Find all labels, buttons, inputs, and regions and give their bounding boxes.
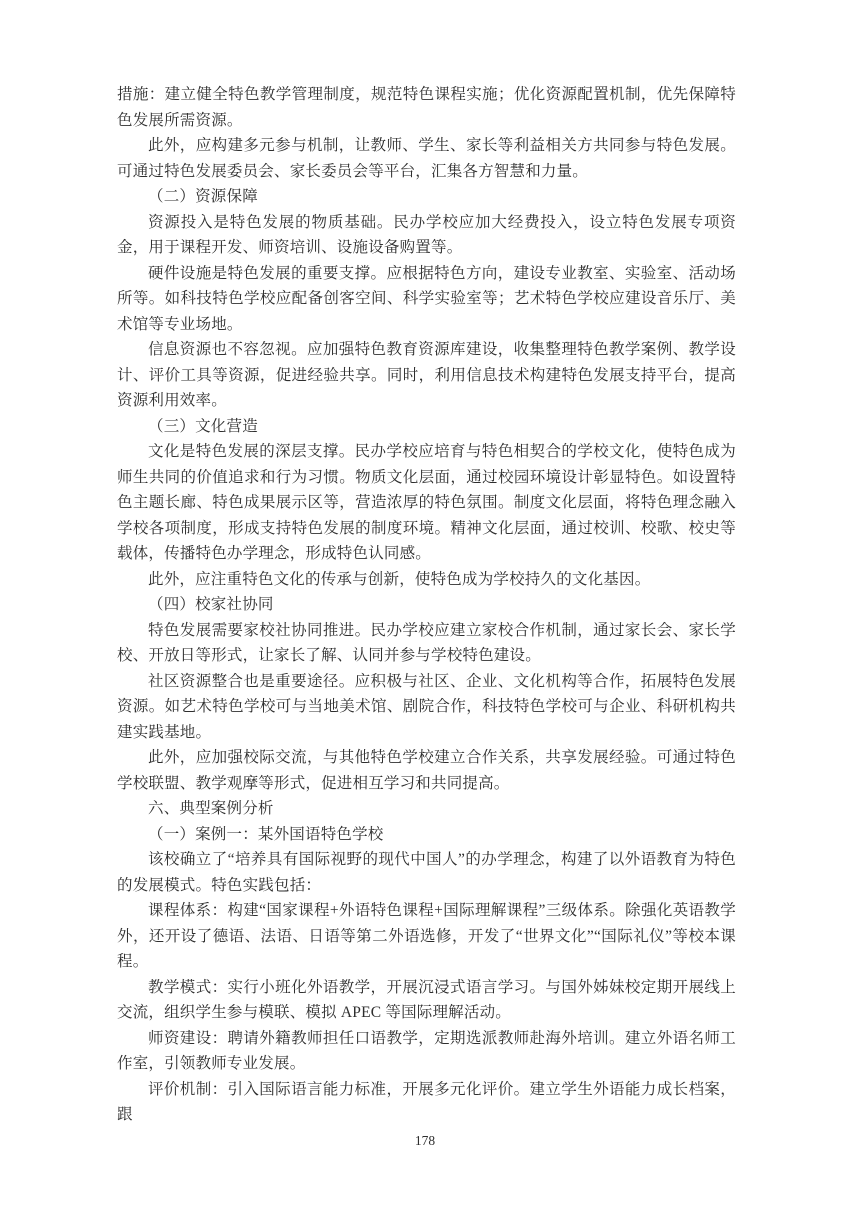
paragraph: 师资建设：聘请外籍教师担任口语教学，定期选派教师赴海外培训。建立外语名师工作室，… bbox=[117, 1026, 736, 1077]
paragraph: 此外，应构建多元参与机制，让教师、学生、家长等利益相关方共同参与特色发展。可通过… bbox=[117, 133, 736, 184]
section-heading: （三）文化营造 bbox=[117, 414, 736, 440]
paragraph: 硬件设施是特色发展的重要支撑。应根据特色方向，建设专业教室、实验室、活动场所等。… bbox=[117, 261, 736, 338]
paragraph: 此外，应加强校际交流，与其他特色学校建立合作关系，共享发展经验。可通过特色学校联… bbox=[117, 745, 736, 796]
paragraph: 课程体系：构建“国家课程+外语特色课程+国际理解课程”三级体系。除强化英语教学外… bbox=[117, 898, 736, 975]
document-body: 措施：建立健全特色教学管理制度，规范特色课程实施；优化资源配置机制，优先保障特色… bbox=[117, 82, 736, 1128]
paragraph: 措施：建立健全特色教学管理制度，规范特色课程实施；优化资源配置机制，优先保障特色… bbox=[117, 82, 736, 133]
paragraph: 社区资源整合也是重要途径。应积极与社区、企业、文化机构等合作，拓展特色发展资源。… bbox=[117, 669, 736, 746]
page-number: 178 bbox=[0, 1131, 850, 1151]
paragraph: 教学模式：实行小班化外语教学，开展沉浸式语言学习。与国外姊妹校定期开展线上交流，… bbox=[117, 975, 736, 1026]
section-heading: 六、典型案例分析 bbox=[117, 796, 736, 822]
paragraph: 此外，应注重特色文化的传承与创新，使特色成为学校持久的文化基因。 bbox=[117, 567, 736, 593]
section-heading: （四）校家社协同 bbox=[117, 592, 736, 618]
paragraph: 特色发展需要家校社协同推进。民办学校应建立家校合作机制，通过家长会、家长学校、开… bbox=[117, 618, 736, 669]
section-heading: （一）案例一：某外国语特色学校 bbox=[117, 822, 736, 848]
document-page: 措施：建立健全特色教学管理制度，规范特色课程实施；优化资源配置机制，优先保障特色… bbox=[0, 0, 850, 1205]
paragraph: 文化是特色发展的深层支撑。民办学校应培育与特色相契合的学校文化，使特色成为师生共… bbox=[117, 439, 736, 567]
section-heading: （二）资源保障 bbox=[117, 184, 736, 210]
paragraph: 资源投入是特色发展的物质基础。民办学校应加大经费投入，设立特色发展专项资金，用于… bbox=[117, 210, 736, 261]
paragraph: 信息资源也不容忽视。应加强特色教育资源库建设，收集整理特色教学案例、教学设计、评… bbox=[117, 337, 736, 414]
paragraph: 评价机制：引入国际语言能力标准，开展多元化评价。建立学生外语能力成长档案，跟 bbox=[117, 1077, 736, 1128]
paragraph: 该校确立了“培养具有国际视野的现代中国人”的办学理念，构建了以外语教育为特色的发… bbox=[117, 847, 736, 898]
